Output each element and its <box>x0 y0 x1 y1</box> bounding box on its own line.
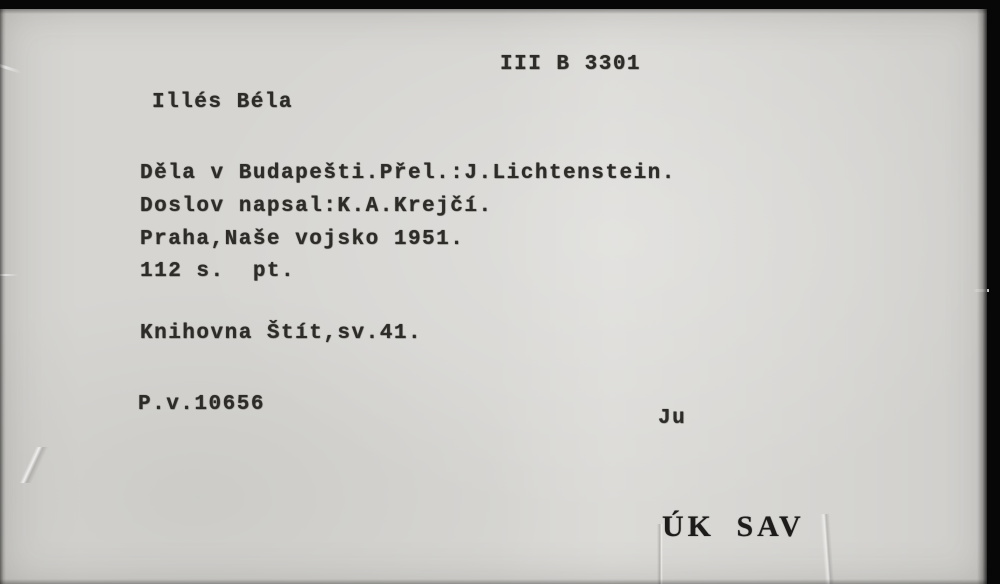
card-edge-top <box>0 9 987 14</box>
library-stamp: ÚK SAV <box>662 510 805 544</box>
scanned-catalog-card: III B 3301 Illés Béla Děla v Budapešti.P… <box>0 0 1000 584</box>
card-edge-right <box>977 9 987 584</box>
imprint-line: Praha,Naše vojsko 1951. <box>140 228 464 251</box>
cataloguer-initials: Ju <box>658 407 686 430</box>
title-statement-line: Děla v Budapešti.Přel.:J.Lichtenstein. <box>140 162 676 185</box>
paper-crease <box>0 447 68 483</box>
shelf-number: P.v.10656 <box>138 393 265 416</box>
series-line: Knihovna Štít,sv.41. <box>140 322 422 345</box>
card-edge-left <box>0 9 6 584</box>
afterword-statement-line: Doslov napsal:K.A.Krejčí. <box>140 195 493 218</box>
card-edge-bottom <box>0 579 987 584</box>
card-paper: III B 3301 Illés Béla Děla v Budapešti.P… <box>0 9 987 584</box>
paper-crease <box>818 514 837 584</box>
author-heading: Illés Béla <box>152 91 293 114</box>
call-number: III B 3301 <box>500 53 641 76</box>
collation-line: 112 s. pt. <box>140 260 295 283</box>
